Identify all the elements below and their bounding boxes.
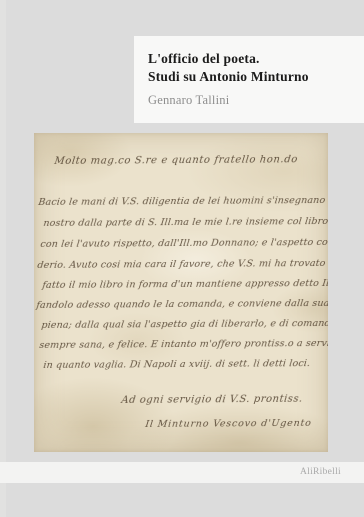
publisher-band: AliRibelli <box>0 462 364 483</box>
manuscript-line: fandolo adesso quando le la comanda, e c… <box>36 298 328 311</box>
left-edge-strip <box>0 0 6 517</box>
manuscript-image: Molto mag.co S.re e quanto fratello hon.… <box>34 133 328 452</box>
manuscript-line: fatto il mio libro in forma d'un mantien… <box>42 277 328 291</box>
manuscript-line: nostro dalla parte di S. Ill.ma le mie l… <box>43 215 328 229</box>
title-box: L'officio del poeta. Studi su Antonio Mi… <box>134 36 364 123</box>
manuscript-line: piena; dalla qual sia l'aspetto gia di l… <box>41 318 328 331</box>
manuscript-line: Bacio le mani di V.S. diligentia de lei … <box>38 195 328 208</box>
manuscript-signature: Il Minturno Vescovo d'Ugento <box>145 418 313 430</box>
manuscript-line: sempre sana, e felice. E intanto m'offer… <box>39 338 328 351</box>
manuscript-line: in quanto vaglia. Di Napoli a xviij. di … <box>43 358 311 371</box>
manuscript-heading: Molto mag.co S.re e quanto fratello hon.… <box>54 154 299 167</box>
publisher-logo-text: AliRibelli <box>300 467 341 477</box>
title-line-2: Studi su Antonio Minturno <box>148 68 354 86</box>
manuscript-closing: Ad ogni servigio di V.S. prontiss. <box>121 394 304 406</box>
title-line-1: L'officio del poeta. <box>148 50 354 68</box>
manuscript-line: derio. Avuto cosi mia cara il favore, ch… <box>37 258 328 271</box>
manuscript-line: con lei l'avuto rispetto, dall'Ill.mo Do… <box>40 237 328 250</box>
book-cover: L'officio del poeta. Studi su Antonio Mi… <box>0 0 364 517</box>
author-name: Gennaro Tallini <box>148 93 354 108</box>
book-title: L'officio del poeta. Studi su Antonio Mi… <box>148 50 354 86</box>
